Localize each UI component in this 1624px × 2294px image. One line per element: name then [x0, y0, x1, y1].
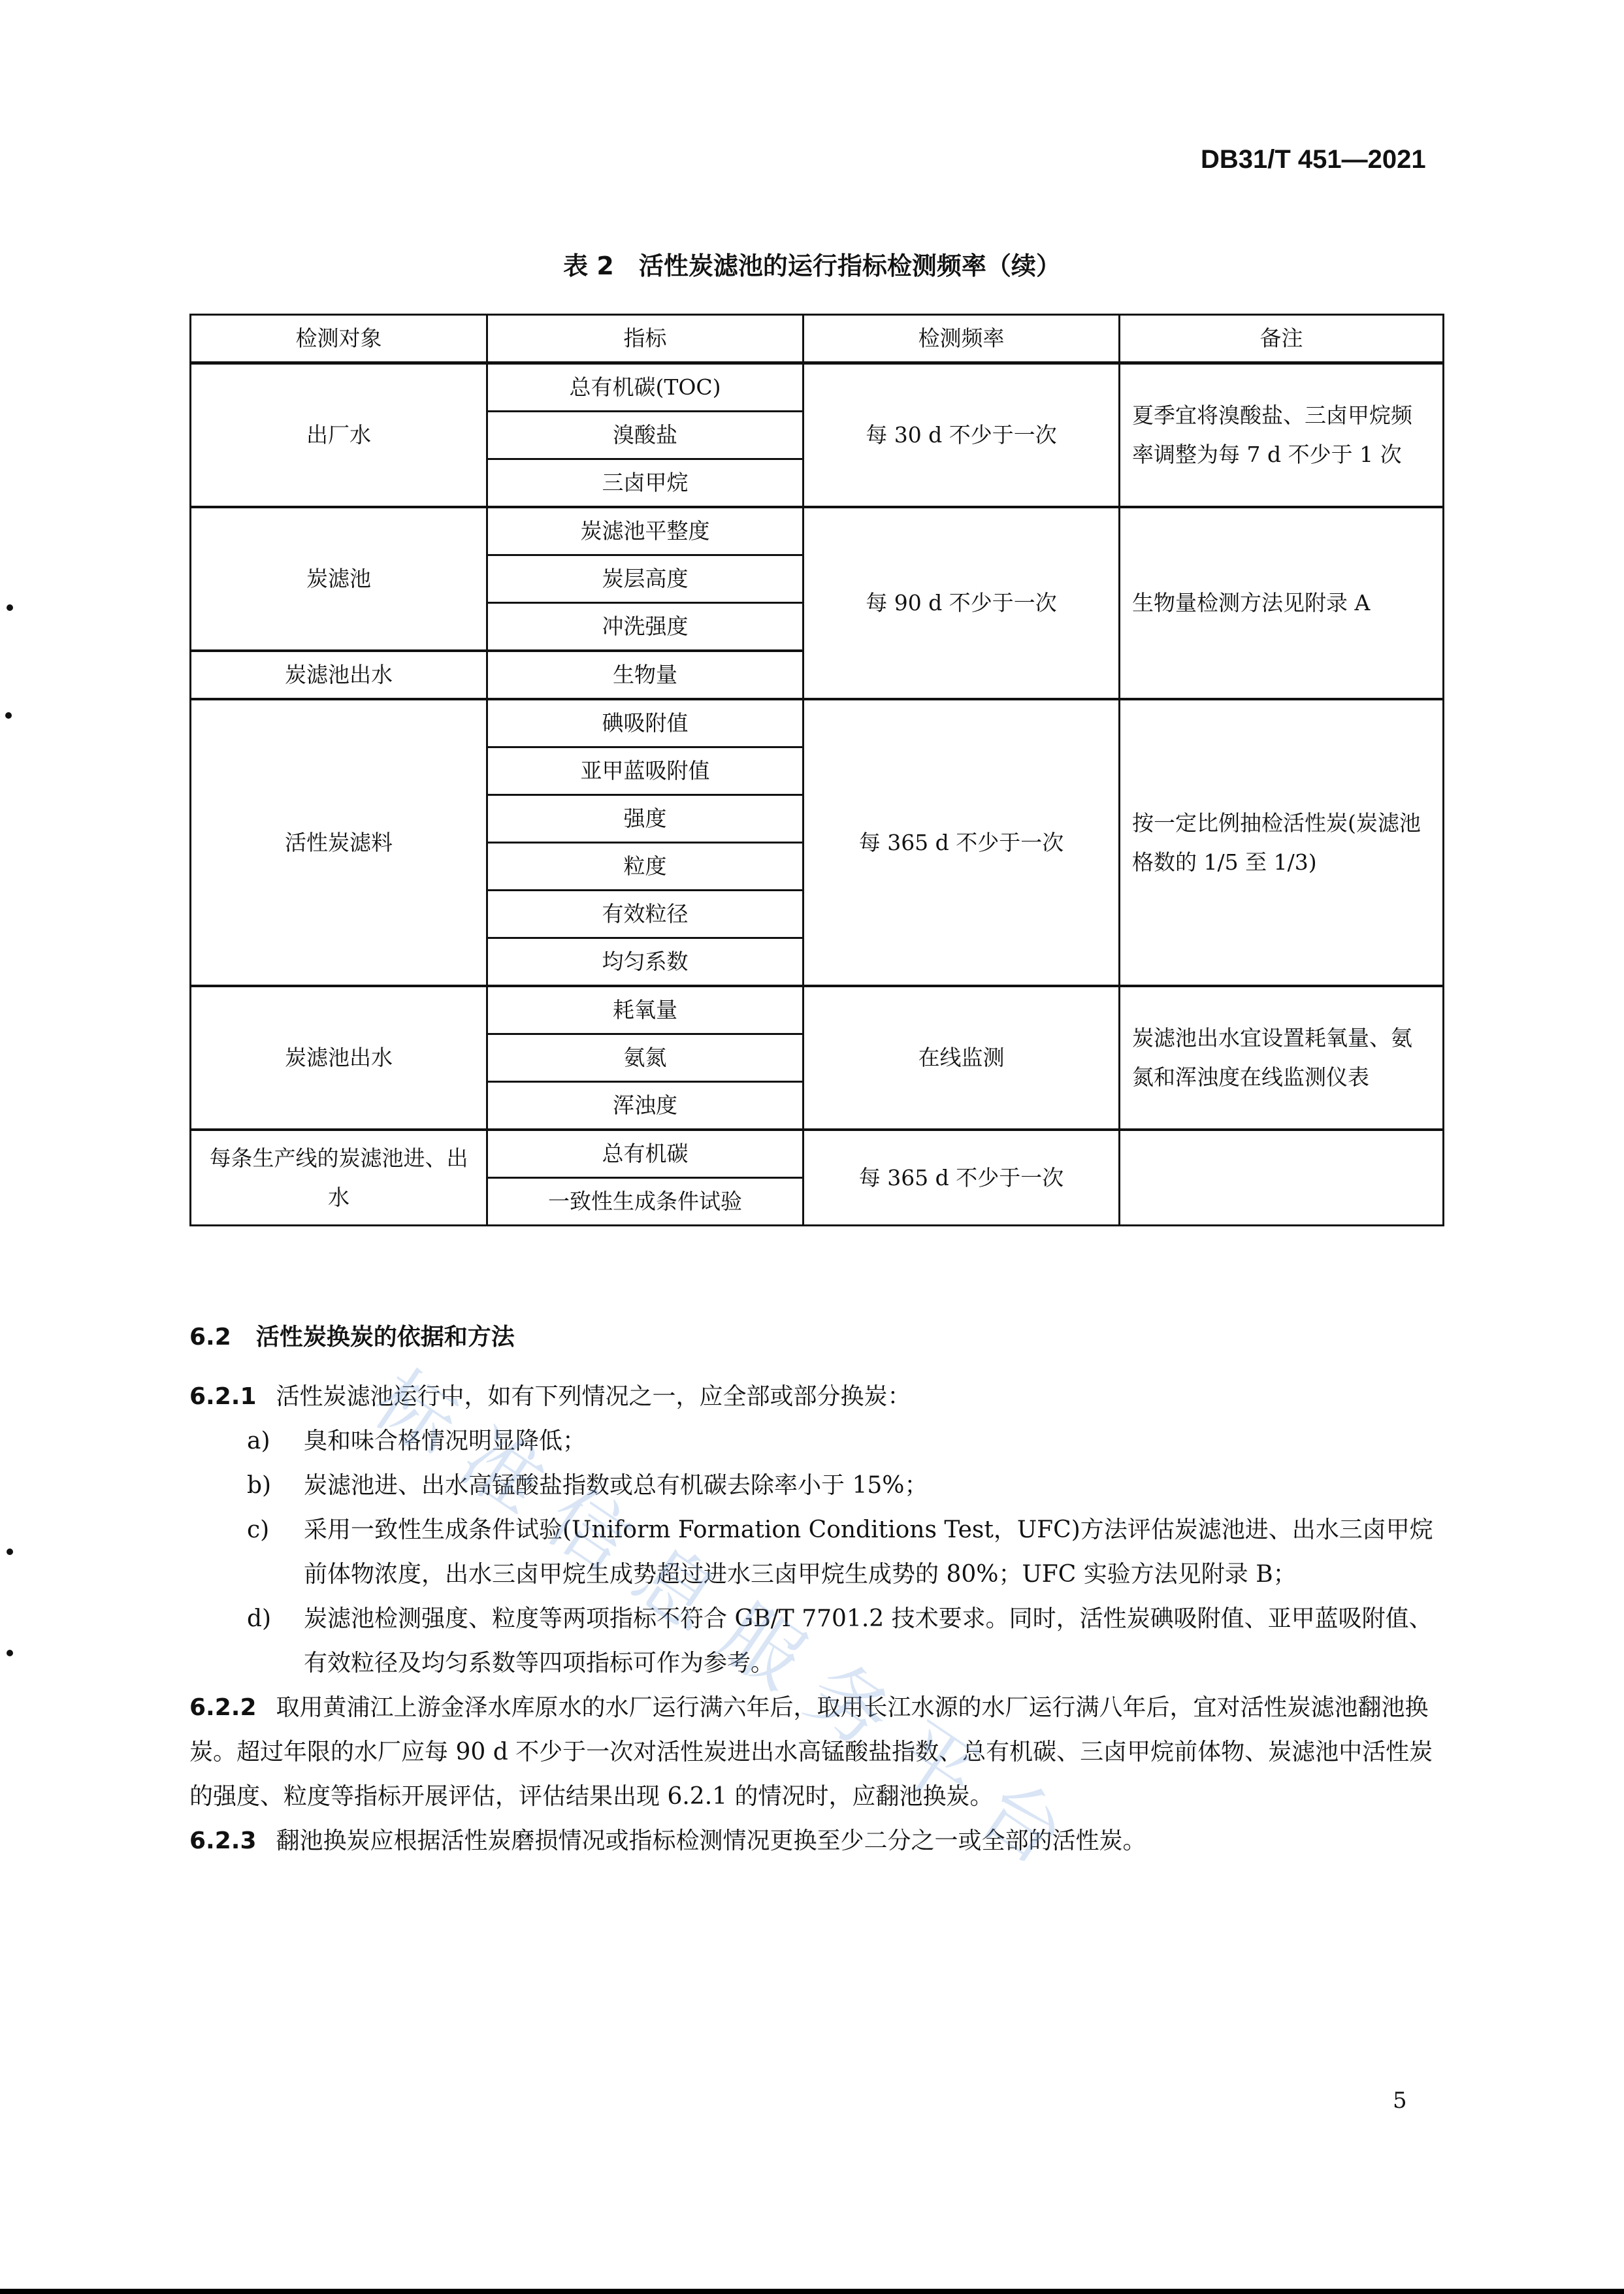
object-cell: 炭滤池出水 — [191, 651, 487, 699]
table-number: 表 2 — [563, 252, 614, 280]
list-item-b: b)炭滤池进、出水高锰酸盐指数或总有机碳去除率小于 15%； — [189, 1464, 1444, 1508]
object-cell: 炭滤池 — [191, 507, 487, 651]
indicator-cell: 炭滤池平整度 — [487, 507, 804, 555]
remark-cell: 按一定比例抽检活性炭(炭滤池格数的 1/5 至 1/3) — [1120, 699, 1444, 986]
indicator-cell: 浑浊度 — [487, 1082, 804, 1130]
list-item-c: c)采用一致性生成条件试验(Uniform Formation Conditio… — [189, 1508, 1444, 1597]
list-label: a) — [247, 1419, 270, 1464]
column-header-indicator: 指标 — [487, 315, 804, 363]
indicator-cell: 有效粒径 — [487, 891, 804, 938]
scan-margin-dot — [7, 604, 13, 611]
table-title: 表 2活性炭滤池的运行指标检测频率（续） — [0, 246, 1624, 282]
table-row: 活性炭滤料 碘吸附值 每 365 d 不少于一次 按一定比例抽检活性炭(炭滤池格… — [191, 699, 1444, 747]
indicator-cell: 碘吸附值 — [487, 699, 804, 747]
object-cell: 每条生产线的炭滤池进、出水 — [191, 1130, 487, 1226]
scan-margin-dot — [7, 1650, 13, 1656]
scan-bottom-edge — [0, 2289, 1624, 2294]
indicator-cell: 总有机碳(TOC) — [487, 363, 804, 412]
clause-6-2-2: 6.2.2取用黄浦江上游金泽水库原水的水厂运行满六年后，取用长江水源的水厂运行满… — [189, 1686, 1444, 1819]
list-text: 炭滤池检测强度、粒度等两项指标不符合 GB/T 7701.2 技术要求。同时，活… — [304, 1605, 1433, 1677]
table-row: 炭滤池 炭滤池平整度 每 90 d 不少于一次 生物量检测方法见附录 A — [191, 507, 1444, 555]
scan-margin-dot — [5, 712, 12, 719]
operation-indicator-table: 检测对象 指标 检测频率 备注 出厂水 总有机碳(TOC) 每 30 d 不少于… — [189, 314, 1444, 1226]
indicator-cell: 强度 — [487, 795, 804, 843]
remark-cell: 生物量检测方法见附录 A — [1120, 507, 1444, 699]
clause-text: 活性炭滤池运行中，如有下列情况之一，应全部或部分换炭： — [276, 1383, 911, 1410]
list-text: 采用一致性生成条件试验(Uniform Formation Conditions… — [304, 1516, 1433, 1588]
section-number: 6.2 — [189, 1324, 231, 1351]
indicator-cell: 总有机碳 — [487, 1130, 804, 1178]
clause-text: 取用黄浦江上游金泽水库原水的水厂运行满六年后，取用长江水源的水厂运行满八年后，宜… — [189, 1694, 1433, 1810]
indicator-cell: 氨氮 — [487, 1034, 804, 1082]
object-cell: 活性炭滤料 — [191, 699, 487, 986]
scan-margin-dot — [7, 1548, 13, 1555]
frequency-cell: 每 90 d 不少于一次 — [804, 507, 1120, 699]
list-text: 炭滤池进、出水高锰酸盐指数或总有机碳去除率小于 15%； — [304, 1472, 928, 1499]
frequency-cell: 在线监测 — [804, 986, 1120, 1130]
frequency-cell: 每 365 d 不少于一次 — [804, 699, 1120, 986]
indicator-cell: 均匀系数 — [487, 938, 804, 987]
object-cell: 炭滤池出水 — [191, 986, 487, 1130]
indicator-cell: 耗氧量 — [487, 986, 804, 1034]
clause-number: 6.2.1 — [189, 1383, 257, 1410]
clause-text: 翻池换炭应根据活性炭磨损情况或指标检测情况更换至少二分之一或全部的活性炭。 — [276, 1827, 1146, 1854]
list-label: b) — [247, 1464, 271, 1508]
table-header-row: 检测对象 指标 检测频率 备注 — [191, 315, 1444, 363]
indicator-cell: 粒度 — [487, 843, 804, 891]
clause-body: 6.2.1活性炭滤池运行中，如有下列情况之一，应全部或部分换炭： a)臭和味合格… — [189, 1375, 1444, 1863]
list-text: 臭和味合格情况明显降低； — [304, 1428, 586, 1454]
table-row: 炭滤池出水 耗氧量 在线监测 炭滤池出水宜设置耗氧量、氨氮和浑浊度在线监测仪表 — [191, 986, 1444, 1034]
table-row: 出厂水 总有机碳(TOC) 每 30 d 不少于一次 夏季宜将溴酸盐、三卤甲烷频… — [191, 363, 1444, 412]
clause-number: 6.2.3 — [189, 1827, 257, 1854]
indicator-cell: 三卤甲烷 — [487, 459, 804, 508]
page-number: 5 — [1393, 2088, 1407, 2114]
indicator-cell: 一致性生成条件试验 — [487, 1178, 804, 1226]
clause-number: 6.2.2 — [189, 1694, 257, 1721]
table-caption: 活性炭滤池的运行指标检测频率（续） — [639, 252, 1061, 280]
column-header-remark: 备注 — [1120, 315, 1444, 363]
list-item-d: d)炭滤池检测强度、粒度等两项指标不符合 GB/T 7701.2 技术要求。同时… — [189, 1597, 1444, 1686]
section-title: 活性炭换炭的依据和方法 — [256, 1324, 515, 1351]
indicator-cell: 生物量 — [487, 651, 804, 699]
frequency-cell: 每 30 d 不少于一次 — [804, 363, 1120, 508]
clause-6-2-1: 6.2.1活性炭滤池运行中，如有下列情况之一，应全部或部分换炭： — [189, 1375, 1444, 1419]
indicator-cell: 溴酸盐 — [487, 412, 804, 459]
indicator-cell: 冲洗强度 — [487, 603, 804, 651]
section-heading: 6.2活性炭换炭的依据和方法 — [189, 1319, 515, 1352]
object-cell: 出厂水 — [191, 363, 487, 508]
list-item-a: a)臭和味合格情况明显降低； — [189, 1419, 1444, 1464]
column-header-frequency: 检测频率 — [804, 315, 1120, 363]
list-label: d) — [247, 1597, 271, 1641]
frequency-cell: 每 365 d 不少于一次 — [804, 1130, 1120, 1226]
indicator-cell: 亚甲蓝吸附值 — [487, 747, 804, 795]
remark-cell — [1120, 1130, 1444, 1226]
remark-cell: 炭滤池出水宜设置耗氧量、氨氮和浑浊度在线监测仪表 — [1120, 986, 1444, 1130]
document-code: DB31/T 451—2021 — [1201, 145, 1426, 174]
table-row: 每条生产线的炭滤池进、出水 总有机碳 每 365 d 不少于一次 — [191, 1130, 1444, 1178]
column-header-object: 检测对象 — [191, 315, 487, 363]
clause-6-2-3: 6.2.3翻池换炭应根据活性炭磨损情况或指标检测情况更换至少二分之一或全部的活性… — [189, 1819, 1444, 1863]
remark-cell: 夏季宜将溴酸盐、三卤甲烷频率调整为每 7 d 不少于 1 次 — [1120, 363, 1444, 508]
list-label: c) — [247, 1508, 269, 1552]
indicator-cell: 炭层高度 — [487, 555, 804, 603]
